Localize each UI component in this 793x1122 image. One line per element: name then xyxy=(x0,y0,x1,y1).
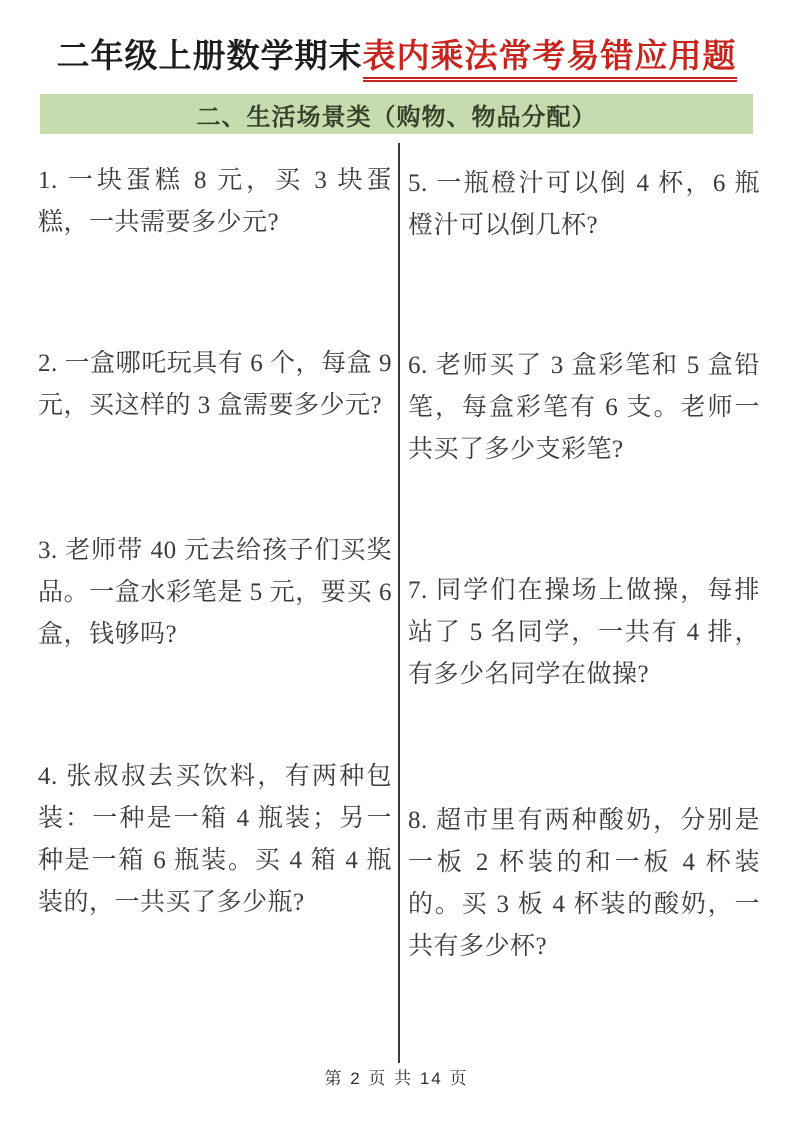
page-title-black-part: 二年级上册数学期末 xyxy=(57,39,363,75)
problem-2: 2. 一盒哪吒玩具有 6 个，每盒 9 元，买这样的 3 盒需要多少元? xyxy=(38,343,392,427)
problem-3: 3. 老师带 40 元去给孩子们买奖品。一盒水彩笔是 5 元，要买 6 盒，钱够… xyxy=(38,530,392,656)
worksheet-page: 二年级上册数学期末表内乘法常考易错应用题 二、生活场景类（购物、物品分配） 1.… xyxy=(0,0,793,1122)
page-title-red-underlined-part: 表内乘法常考易错应用题 xyxy=(363,39,737,82)
problems-column-left: 1. 一块蛋糕 8 元，买 3 块蛋糕，一共需要多少元? 2. 一盒哪吒玩具有 … xyxy=(38,143,400,1063)
page-number-label: 第 2 页 共 14 页 xyxy=(325,1069,469,1088)
problem-7: 7. 同学们在操场上做操，每排站了 5 名同学，一共有 4 排，有多少名同学在做… xyxy=(408,570,760,696)
problem-4: 4. 张叔叔去买饮料，有两种包装：一种是一箱 4 瓶装；另一种是一箱 6 瓶装。… xyxy=(38,756,392,924)
problem-5: 5. 一瓶橙汁可以倒 4 杯，6 瓶橙汁可以倒几杯? xyxy=(408,163,760,247)
section-header-label: 二、生活场景类（购物、物品分配） xyxy=(197,97,597,132)
problem-6: 6. 老师买了 3 盒彩笔和 5 盒铅笔，每盒彩笔有 6 支。老师一共买了多少支… xyxy=(408,345,760,471)
section-header-bar: 二、生活场景类（购物、物品分配） xyxy=(40,94,753,134)
page-title: 二年级上册数学期末表内乘法常考易错应用题 xyxy=(0,30,793,77)
page-number-footer: 第 2 页 共 14 页 xyxy=(0,1064,793,1089)
problem-8: 8. 超市里有两种酸奶，分别是一板 2 杯装的和一板 4 杯装的。买 3 板 4… xyxy=(408,800,760,968)
problems-column-right: 5. 一瓶橙汁可以倒 4 杯，6 瓶橙汁可以倒几杯? 6. 老师买了 3 盒彩笔… xyxy=(400,143,760,1063)
problem-1: 1. 一块蛋糕 8 元，买 3 块蛋糕，一共需要多少元? xyxy=(38,160,392,244)
problems-area: 1. 一块蛋糕 8 元，买 3 块蛋糕，一共需要多少元? 2. 一盒哪吒玩具有 … xyxy=(38,143,760,1063)
